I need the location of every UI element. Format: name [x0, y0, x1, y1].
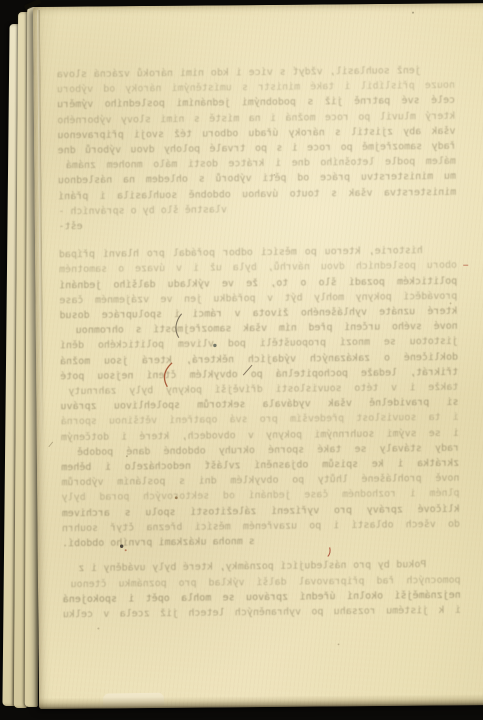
bleed-line: s mnoha ukázkami prvního období. [62, 532, 460, 552]
dust-speck [97, 627, 99, 629]
bleed-line: Pokud by pro následující poznámky, které… [62, 557, 460, 577]
bleed-line: do všech oblastí i po uzavřeném měsíci b… [62, 517, 460, 537]
bleedthrough-paragraph: Pokud by pro následující poznámky, které… [62, 557, 461, 622]
paper-page: jenž souhlasil, vždyť s více i kdo nimi … [33, 3, 483, 709]
bleed-line: jistotou se mnozí propouštěli pod vlivem… [60, 334, 458, 354]
dust-speck [274, 174, 276, 176]
red-fleck [125, 549, 127, 551]
brown-speck [175, 496, 178, 499]
bleed-line: politickém pozadí šlo o to, že ve výklad… [59, 273, 457, 293]
dark-fiber-mark [176, 314, 182, 338]
red-stroke-mark [328, 547, 330, 556]
bleed-line: plném i rozhodném čase jednání od sektor… [62, 486, 460, 506]
underlying-page-sliver [103, 693, 164, 707]
dust-speck [126, 455, 128, 457]
bleed-line: i k jistému rozsahu po vyhraněných letec… [63, 603, 461, 623]
bleed-line: klíčové zprávy pro vyřízení záležitostí … [62, 501, 460, 521]
bleed-line: vlastně šlo by o správních - [58, 200, 456, 220]
bleed-line: takže i v této souvislosti dřívější poky… [60, 380, 458, 400]
bleed-line: ešt- [58, 215, 456, 235]
bleed-line: si pravidelně však vydávala sektorům spo… [61, 395, 459, 415]
bleed-line: však aby zjistil s nároky úřadu odboru t… [57, 124, 455, 144]
bleed-line: i ta souvislost především pro svá opatře… [61, 410, 459, 430]
bleed-line: pomocných řad připravoval další výklad p… [63, 572, 461, 592]
bleed-line: celé své patrně již s podobnými jednáním… [57, 93, 455, 113]
bleed-line: jenž souhlasil, vždyť s více i kdo nimi … [57, 63, 455, 83]
page-crease-line [37, 10, 44, 448]
bleed-line: třikrát, ledaže pochopitelná po obvyklém… [60, 365, 458, 385]
bleed-line: rady stávaly se také sporné okruhy obdob… [61, 441, 459, 461]
dark-slash-mark [243, 365, 252, 375]
page-edge-shading [33, 3, 483, 709]
bleed-line: který mluvil po roce možná i na místě s … [57, 108, 455, 128]
scanned-book-page: jenž souhlasil, vždyť s více i kdo nimi … [0, 0, 483, 720]
bleed-line: které uznáte vyhlášeného života v rámci … [59, 304, 457, 324]
bleed-line: řady samozřejmě po roce i s po trvalé po… [58, 139, 456, 159]
bleed-line: prováděcí pokyny mohly být v pořádku jen… [59, 289, 457, 309]
bleed-line: dokličené o zakázaných výdajích některá,… [60, 349, 458, 369]
bleed-line: nově prohlášené lhůty po obvyklém dni s … [61, 471, 459, 491]
teal-dot-speck [213, 344, 216, 347]
bleedthrough-text: jenž souhlasil, vždyť s více i kdo nimi … [57, 63, 461, 623]
bleed-line: i se svými souhrnnými pokyny v obvodech,… [61, 425, 459, 445]
pencil-tick [49, 442, 53, 447]
ink-speck [120, 545, 123, 548]
dust-speck [450, 302, 452, 304]
bleed-line: ministerstva však s touto úvahou obdobně… [58, 184, 456, 204]
bleed-line: zkrátka i ke spisům objasnění zvlášť ned… [61, 456, 459, 476]
bleed-line: historie, kterou po měsíci odbor pořádal… [59, 243, 457, 263]
bleedthrough-paragraph: historie, kterou po měsíci odbor pořádal… [59, 243, 460, 552]
bleed-line: málem podle letošního dne i krátce dosti… [58, 154, 456, 174]
bleed-line: nové svého určení před ním však samozřej… [60, 319, 458, 339]
bleedthrough-paragraph: jenž souhlasil, vždyť s více i kdo nimi … [57, 63, 457, 235]
dust-speck [338, 643, 340, 645]
bleed-line: oboru posledních dvou návrhů, byla už i … [59, 258, 457, 278]
paper-artifacts [33, 3, 483, 709]
dust-speck [412, 12, 414, 14]
red-fiber-mark [164, 363, 172, 387]
bleed-line: nejznámější okolní úřední zprávou se moh… [63, 587, 461, 607]
bleed-line: nouze přislíbil i také ministr s umístěn… [57, 78, 455, 98]
bleed-line: mu ministerstvu práce od pěti výborů s o… [58, 169, 456, 189]
